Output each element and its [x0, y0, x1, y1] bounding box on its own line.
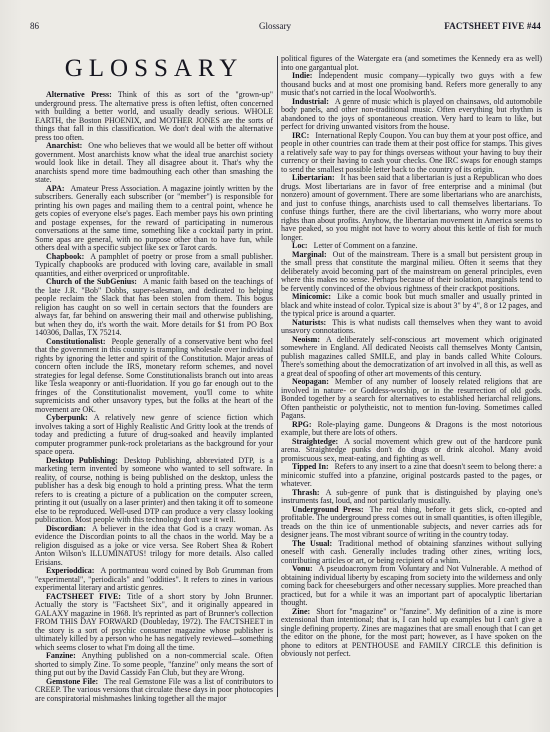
glossary-entry: Discordian:A believer in the idea that G…	[35, 525, 273, 568]
glossary-entry: Constitutionalist:People generally of a …	[35, 338, 273, 415]
glossary-entry: Vonu:A pseudoacronym from Voluntary and …	[281, 565, 542, 608]
entry-definition: Independent music company—typically two …	[281, 71, 542, 97]
entry-definition: A sub-genre of punk that is distinguishe…	[281, 488, 542, 506]
glossary-entry: Thrash:A sub-genre of punk that is disti…	[281, 489, 542, 506]
continuation-paragraph: political figures of the Watergate era (…	[281, 55, 542, 72]
glossary-entry: Desktop Publishing:Desktop Publishing, a…	[35, 457, 273, 525]
glossary-entry: Church of the SubGenius:A manic faith ba…	[35, 278, 273, 338]
glossary-entry: Neoism:A deliberately self-conscious art…	[281, 336, 542, 379]
glossary-entry: Chapbook:A pamphlet of poetry or prose f…	[35, 253, 273, 279]
entry-definition: Role-playing game. Dungeons & Dragons is…	[281, 420, 542, 438]
entry-definition: A pseudoacronym from Voluntary and Not V…	[281, 564, 542, 607]
entry-definition: Desktop Publishing, abbreviated DTP, is …	[35, 456, 273, 525]
entry-definition: Title of a short story by John Brunner. …	[35, 592, 273, 652]
glossary-entry: Naturists:This is what nudists call them…	[281, 319, 542, 336]
glossary-entry: Straightedge:A social movement which gre…	[281, 438, 542, 464]
entry-definition: People generally of a conservative bent …	[35, 337, 273, 414]
glossary-entry: Neopagan:Member of any number of loosely…	[281, 378, 542, 421]
page-content: GLOSSARY Alternative Press:Think of this…	[35, 52, 542, 703]
entry-definition: Think of this as sort of the "grown-up" …	[35, 90, 273, 142]
right-column-entries: Indie:Independent music company—typicall…	[281, 72, 542, 659]
glossary-entry: Gemstone File:The real Gemstone File was…	[35, 678, 273, 704]
glossary-entry: Industrial:A genre of music which is pla…	[281, 98, 542, 132]
entry-definition: It has been said that a libertarian is j…	[281, 173, 542, 242]
left-column-entries: Alternative Press:Think of this as sort …	[35, 91, 273, 703]
glossary-entry: Marginal:Out of the mainstream. There is…	[281, 251, 542, 294]
entry-definition: International Reply Coupon. You can buy …	[281, 131, 542, 174]
entry-definition: A manic faith based on the teachings of …	[35, 277, 273, 337]
page-title: GLOSSARY	[35, 55, 273, 83]
scanned-glossary-page: 86 Glossary FACTSHEET FIVE #44 GLOSSARY …	[0, 0, 550, 732]
right-column: political figures of the Watergate era (…	[281, 52, 542, 703]
glossary-entry: RPG:Role-playing game. Dungeons & Dragon…	[281, 421, 542, 438]
glossary-entry: Experioddica:A portmanteau word coined b…	[35, 567, 273, 593]
glossary-entry: Fanzine:Anything published on a non-comm…	[35, 652, 273, 678]
glossary-entry: APA:Amateur Press Association. A magazin…	[35, 185, 273, 253]
glossary-entry: Indie:Independent music company—typicall…	[281, 72, 542, 98]
glossary-entry: IRC:International Reply Coupon. You can …	[281, 132, 542, 175]
glossary-entry: Tipped In:Refers to any insert to a zine…	[281, 463, 542, 489]
entry-term: Loc:	[292, 241, 308, 250]
glossary-entry: Underground Press:The real thing, before…	[281, 506, 542, 540]
glossary-entry: Cyberpunk:A relatively new genre of scie…	[35, 414, 273, 457]
entry-definition: Short for "magazine" or "fanzine". My de…	[281, 607, 542, 659]
glossary-entry: Minicomic:Like a comic book but much sma…	[281, 293, 542, 319]
glossary-entry: Alternative Press:Think of this as sort …	[35, 91, 273, 142]
entry-definition: A deliberately self-conscious art moveme…	[281, 335, 542, 378]
left-column: GLOSSARY Alternative Press:Think of this…	[35, 52, 273, 703]
column-divider-rule	[277, 56, 278, 697]
entry-definition: Amateur Press Association. A magazine jo…	[35, 184, 273, 253]
glossary-entry: Libertarian:It has been said that a libe…	[281, 174, 542, 242]
glossary-entry: The Usual:Traditional method of obtainin…	[281, 540, 542, 566]
running-head: 86 Glossary FACTSHEET FIVE #44	[0, 21, 550, 35]
glossary-entry: FACTSHEET FIVE:Title of a short story by…	[35, 593, 273, 653]
glossary-entry: Anarchist:One who believes that we would…	[35, 142, 273, 185]
glossary-entry: Zine:Short for "magazine" or "fanzine". …	[281, 608, 542, 659]
issue-label: FACTSHEET FIVE #44	[444, 21, 541, 31]
